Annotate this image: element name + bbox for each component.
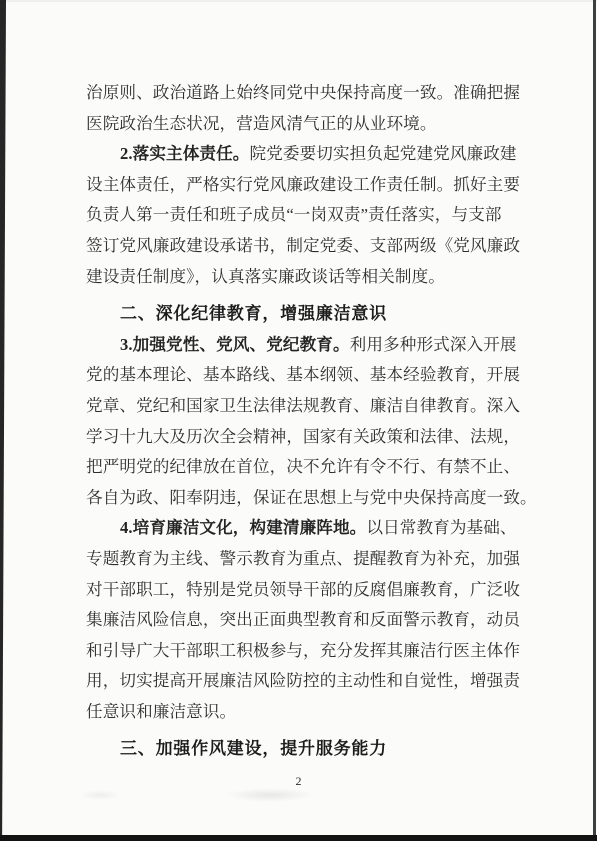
line-text: 把严明党的纪律放在首位，决不允许有令不行、有禁不止、 <box>86 457 520 476</box>
scan-edge-right <box>593 0 596 841</box>
line-text: 任意识和廉洁意识。 <box>86 702 236 721</box>
line-text: 负责人第一责任和班子成员“一岗双责”责任落实，与支部 <box>86 205 502 224</box>
scanned-document-page: 治原则、政治道路上始终同党中央保持高度一致。准确把握医院政治生态状况，营造风清气… <box>0 0 597 841</box>
scan-edge-bottom <box>0 835 597 841</box>
text-line: 对干部职工，特别是党员领导干部的反腐倡廉教育，广泛收 <box>86 575 546 606</box>
text-line: 建设责任制度》，认真落实廉政谈话等相关制度。 <box>86 262 546 293</box>
text-line: 任意识和廉洁意识。 <box>86 697 546 728</box>
line-text: 党章、党纪和国家卫生法律法规教育、廉洁自律教育。深入 <box>86 396 520 415</box>
scan-edge-left <box>0 0 6 841</box>
line-text: 三、加强作风建设，提升服务能力 <box>120 739 387 758</box>
scan-smudge <box>80 790 120 800</box>
text-line: 设主体责任，严格实行党风廉政建设工作责任制。抓好主要 <box>86 170 546 201</box>
line-text: 和引导广大干部职工积极参与，充分发挥其廉洁行医主体作 <box>86 641 520 660</box>
line-text: 医院政治生态状况，营造风清气正的从业环境。 <box>86 114 437 133</box>
line-text: 专题教育为主线、警示教育为重点、提醒教育为补充，加强 <box>86 549 520 568</box>
text-line: 党的基本理论、基本路线、基本纲领、基本经验教育，开展 <box>86 360 546 391</box>
page-number: 2 <box>0 774 597 789</box>
line-text: 签订党风廉政建设承诺书，制定党委、支部两级《党风廉政 <box>86 236 520 255</box>
text-line: 把严明党的纪律放在首位，决不允许有令不行、有禁不止、 <box>86 452 546 483</box>
text-line: 和引导广大干部职工积极参与，充分发挥其廉洁行医主体作 <box>86 636 546 667</box>
text-line: 各自为政、阳奉阴违，保证在思想上与党中央保持高度一致。 <box>86 483 546 514</box>
section-heading: 二、深化纪律教育，增强廉洁意识 <box>86 299 546 330</box>
text-line: 3.加强党性、党风、党纪教育。利用多种形式深入开展 <box>86 330 546 361</box>
document-body: 治原则、政治道路上始终同党中央保持高度一致。准确把握医院政治生态状况，营造风清气… <box>86 78 546 765</box>
section-heading: 三、加强作风建设，提升服务能力 <box>86 734 546 765</box>
text-line: 负责人第一责任和班子成员“一岗双责”责任落实，与支部 <box>86 200 546 231</box>
scan-smudge <box>225 788 315 802</box>
text-line: 治原则、政治道路上始终同党中央保持高度一致。准确把握 <box>86 78 546 109</box>
scan-edge-top <box>0 0 597 2</box>
line-text: 建设责任制度》，认真落实廉政谈话等相关制度。 <box>86 267 445 286</box>
text-line: 专题教育为主线、警示教育为重点、提醒教育为补充，加强 <box>86 544 546 575</box>
text-line: 签订党风廉政建设承诺书，制定党委、支部两级《党风廉政 <box>86 231 546 262</box>
text-line: 党章、党纪和国家卫生法律法规教育、廉洁自律教育。深入 <box>86 391 546 422</box>
line-text: 对干部职工，特别是党员领导干部的反腐倡廉教育，广泛收 <box>86 580 520 599</box>
line-text: 治原则、政治道路上始终同党中央保持高度一致。准确把握 <box>86 83 520 102</box>
bold-lead: 3.加强党性、党风、党纪教育。 <box>120 335 350 354</box>
text-line: 学习十九大及历次全会精神，国家有关政策和法律、法规， <box>86 422 546 453</box>
line-text: 以日常教育为基础、 <box>366 518 516 537</box>
line-text: 党的基本理论、基本路线、基本纲领、基本经验教育，开展 <box>86 365 520 384</box>
line-text: 二、深化纪律教育，增强廉洁意识 <box>120 304 387 323</box>
line-text: 设主体责任，严格实行党风廉政建设工作责任制。抓好主要 <box>86 175 520 194</box>
line-text: 利用多种形式深入开展 <box>350 335 517 354</box>
bold-lead: 2.落实主体责任。 <box>120 144 250 163</box>
bold-lead: 4.培育廉洁文化，构建清廉阵地。 <box>120 518 366 537</box>
text-line: 4.培育廉洁文化，构建清廉阵地。以日常教育为基础、 <box>86 513 546 544</box>
line-text: 各自为政、阳奉阴违，保证在思想上与党中央保持高度一致。 <box>86 488 537 507</box>
text-line: 医院政治生态状况，营造风清气正的从业环境。 <box>86 109 546 140</box>
text-line: 2.落实主体责任。院党委要切实担负起党建党风廉政建 <box>86 139 546 170</box>
line-text: 集廉洁风险信息，突出正面典型教育和反面警示教育，动员 <box>86 610 520 629</box>
line-text: 院党委要切实担负起党建党风廉政建 <box>250 144 517 163</box>
text-line: 用，切实提高开展廉洁风险防控的主动性和自觉性，增强责 <box>86 666 546 697</box>
line-text: 用，切实提高开展廉洁风险防控的主动性和自觉性，增强责 <box>86 671 520 690</box>
text-line: 集廉洁风险信息，突出正面典型教育和反面警示教育，动员 <box>86 605 546 636</box>
line-text: 学习十九大及历次全会精神，国家有关政策和法律、法规， <box>86 427 520 446</box>
